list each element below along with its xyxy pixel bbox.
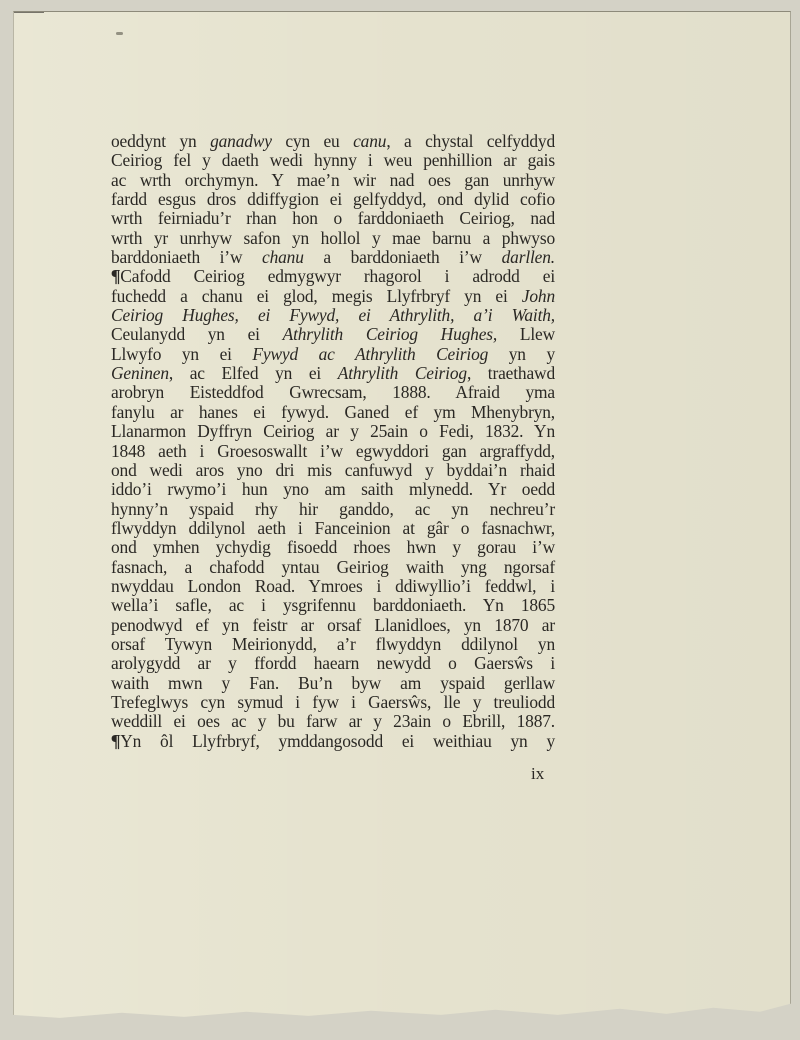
text-run: , a chystal celfyddyd: [386, 131, 555, 151]
paragraph-mark-icon: ¶: [111, 267, 121, 286]
text-run: ond ymhen ychydig fisoedd rhoes hwn y go…: [111, 537, 555, 557]
text-line: wrth yr unrhyw safon yn hollol y mae bar…: [111, 229, 555, 248]
text-line: weddill ei oes ac y bu farw ar y 23ain o…: [111, 712, 555, 731]
text-run: fuchedd a chanu ei glod, megis Llyfrbryf…: [111, 286, 522, 306]
text-run: orsaf Tywyn Meirionydd, a’r flwyddyn ddi…: [111, 634, 555, 654]
text-run: barddoniaeth i’w: [111, 247, 262, 267]
body-text: oeddynt yn ganadwy cyn eu canu, a chysta…: [111, 132, 555, 751]
italic-title: ganadwy: [210, 131, 272, 151]
text-run: penodwyd ef yn feistr ar orsaf Llanidloe…: [111, 615, 555, 635]
text-run: waith mwn y Fan. Bu’n byw am yspaid gerl…: [111, 673, 555, 693]
text-run: arobryn Eisteddfod Gwrecsam, 1888. Afrai…: [111, 382, 555, 402]
text-line: Geninen, ac Elfed yn ei Athrylith Ceirio…: [111, 364, 555, 383]
text-run: a barddoniaeth i’w: [304, 247, 502, 267]
paper-speck: [116, 32, 123, 35]
text-run: ond wedi aros yno dri mis canfuwyd y byd…: [111, 460, 555, 480]
italic-title: Geninen: [111, 363, 169, 383]
italic-title: Ceiriog Hughes, ei Fywyd, ei Athrylith, …: [111, 305, 555, 325]
text-run: Yn ôl Llyfrbryf, ymddangosodd ei weithia…: [120, 731, 555, 751]
text-run: 1848 aeth i Groesoswallt i’w egwyddori g…: [111, 441, 555, 461]
text-run: , ac Elfed yn ei: [169, 363, 338, 383]
text-line: wella’i safle, ac i ysgrifennu barddonia…: [111, 596, 555, 615]
text-run: weddill ei oes ac y bu farw ar y 23ain o…: [111, 711, 555, 731]
text-line: 1848 aeth i Groesoswallt i’w egwyddori g…: [111, 442, 555, 461]
text-line: arobryn Eisteddfod Gwrecsam, 1888. Afrai…: [111, 383, 555, 402]
text-line: waith mwn y Fan. Bu’n byw am yspaid gerl…: [111, 674, 555, 693]
page-number: ix: [531, 764, 544, 784]
text-line: Ceulanydd yn ei Athrylith Ceiriog Hughes…: [111, 325, 555, 344]
text-run: ac wrth orchymyn. Y mae’n wir nad oes ga…: [111, 170, 555, 190]
text-line: nwyddau London Road. Ymroes i ddiwyllio’…: [111, 577, 555, 596]
italic-title: Athrylith Ceiriog Hughes,: [283, 324, 498, 344]
text-line: orsaf Tywyn Meirionydd, a’r flwyddyn ddi…: [111, 635, 555, 654]
text-run: fasnach, a chafodd yntau Geiriog waith y…: [111, 557, 555, 577]
crop-mark: [14, 12, 44, 13]
text-line: fuchedd a chanu ei glod, megis Llyfrbryf…: [111, 287, 555, 306]
text-line: hynny’n yspaid rhy hir ganddo, ac yn nec…: [111, 500, 555, 519]
text-line: arolygydd ar y ffordd haearn newydd o Ga…: [111, 654, 555, 673]
text-run: Ceulanydd yn ei: [111, 324, 283, 344]
italic-title: canu: [353, 131, 386, 151]
text-run: wella’i safle, ac i ysgrifennu barddonia…: [111, 595, 555, 615]
text-line: Ceiriog Hughes, ei Fywyd, ei Athrylith, …: [111, 306, 555, 325]
text-line: fardd esgus dros ddiffygion ei gelfyddyd…: [111, 190, 555, 209]
text-run: Llew: [497, 324, 555, 344]
text-line: oeddynt yn ganadwy cyn eu canu, a chysta…: [111, 132, 555, 151]
text-line: iddo’i rwymo’i hun yno am saith mlynedd.…: [111, 480, 555, 499]
text-line: ond wedi aros yno dri mis canfuwyd y byd…: [111, 461, 555, 480]
text-run: fardd esgus dros ddiffygion ei gelfyddyd…: [111, 189, 555, 209]
text-line: Ceiriog fel y daeth wedi hynny i weu pen…: [111, 151, 555, 170]
text-line: Trefeglwys cyn symud i fyw i Gaersŵs, ll…: [111, 693, 555, 712]
text-run: Trefeglwys cyn symud i fyw i Gaersŵs, ll…: [111, 692, 555, 712]
book-page: oeddynt yn ganadwy cyn eu canu, a chysta…: [13, 11, 791, 1026]
text-run: arolygydd ar y ffordd haearn newydd o Ga…: [111, 653, 555, 673]
text-run: Ceiriog fel y daeth wedi hynny i weu pen…: [111, 150, 555, 170]
text-line: Llanarmon Dyffryn Ceiriog ar y 25ain o F…: [111, 422, 555, 441]
text-run: nwyddau London Road. Ymroes i ddiwyllio’…: [111, 576, 555, 596]
text-line: ond ymhen ychydig fisoedd rhoes hwn y go…: [111, 538, 555, 557]
text-line: ¶Cafodd Ceiriog edmygwyr rhagorol i adro…: [111, 267, 555, 286]
italic-title: darllen.: [502, 247, 555, 267]
text-run: hynny’n yspaid rhy hir ganddo, ac yn nec…: [111, 499, 555, 519]
text-run: Cafodd Ceiriog edmygwyr rhagorol i adrod…: [120, 266, 555, 286]
italic-title: chanu: [262, 247, 304, 267]
text-line: fanylu ar hanes ei fywyd. Ganed ef ym Mh…: [111, 403, 555, 422]
text-run: oeddynt yn: [111, 131, 210, 151]
text-line: wrth feirniadu’r rhan hon o farddoniaeth…: [111, 209, 555, 228]
italic-title: Athrylith Ceiriog: [338, 363, 467, 383]
text-line: barddoniaeth i’w chanu a barddoniaeth i’…: [111, 248, 555, 267]
text-run: Llwyfo yn ei: [111, 344, 252, 364]
text-run: wrth feirniadu’r rhan hon o farddoniaeth…: [111, 208, 555, 228]
text-run: wrth yr unrhyw safon yn hollol y mae bar…: [111, 228, 555, 248]
text-run: fanylu ar hanes ei fywyd. Ganed ef ym Mh…: [111, 402, 555, 422]
text-line: Llwyfo yn ei Fywyd ac Athrylith Ceiriog …: [111, 345, 555, 364]
text-run: cyn eu: [272, 131, 353, 151]
text-line: ¶Yn ôl Llyfrbryf, ymddangosodd ei weithi…: [111, 732, 555, 751]
italic-title: Fywyd ac Athrylith Ceiriog: [252, 344, 488, 364]
text-line: ac wrth orchymyn. Y mae’n wir nad oes ga…: [111, 171, 555, 190]
italic-title: John: [522, 286, 555, 306]
text-line: penodwyd ef yn feistr ar orsaf Llanidloe…: [111, 616, 555, 635]
text-line: flwyddyn ddilynol aeth i Fanceinion at g…: [111, 519, 555, 538]
text-line: fasnach, a chafodd yntau Geiriog waith y…: [111, 558, 555, 577]
text-run: iddo’i rwymo’i hun yno am saith mlynedd.…: [111, 479, 555, 499]
paragraph-mark-icon: ¶: [111, 732, 121, 751]
text-run: flwyddyn ddilynol aeth i Fanceinion at g…: [111, 518, 555, 538]
text-run: , traethawd: [467, 363, 555, 383]
text-run: Llanarmon Dyffryn Ceiriog ar y 25ain o F…: [111, 421, 555, 441]
text-run: yn y: [488, 344, 555, 364]
